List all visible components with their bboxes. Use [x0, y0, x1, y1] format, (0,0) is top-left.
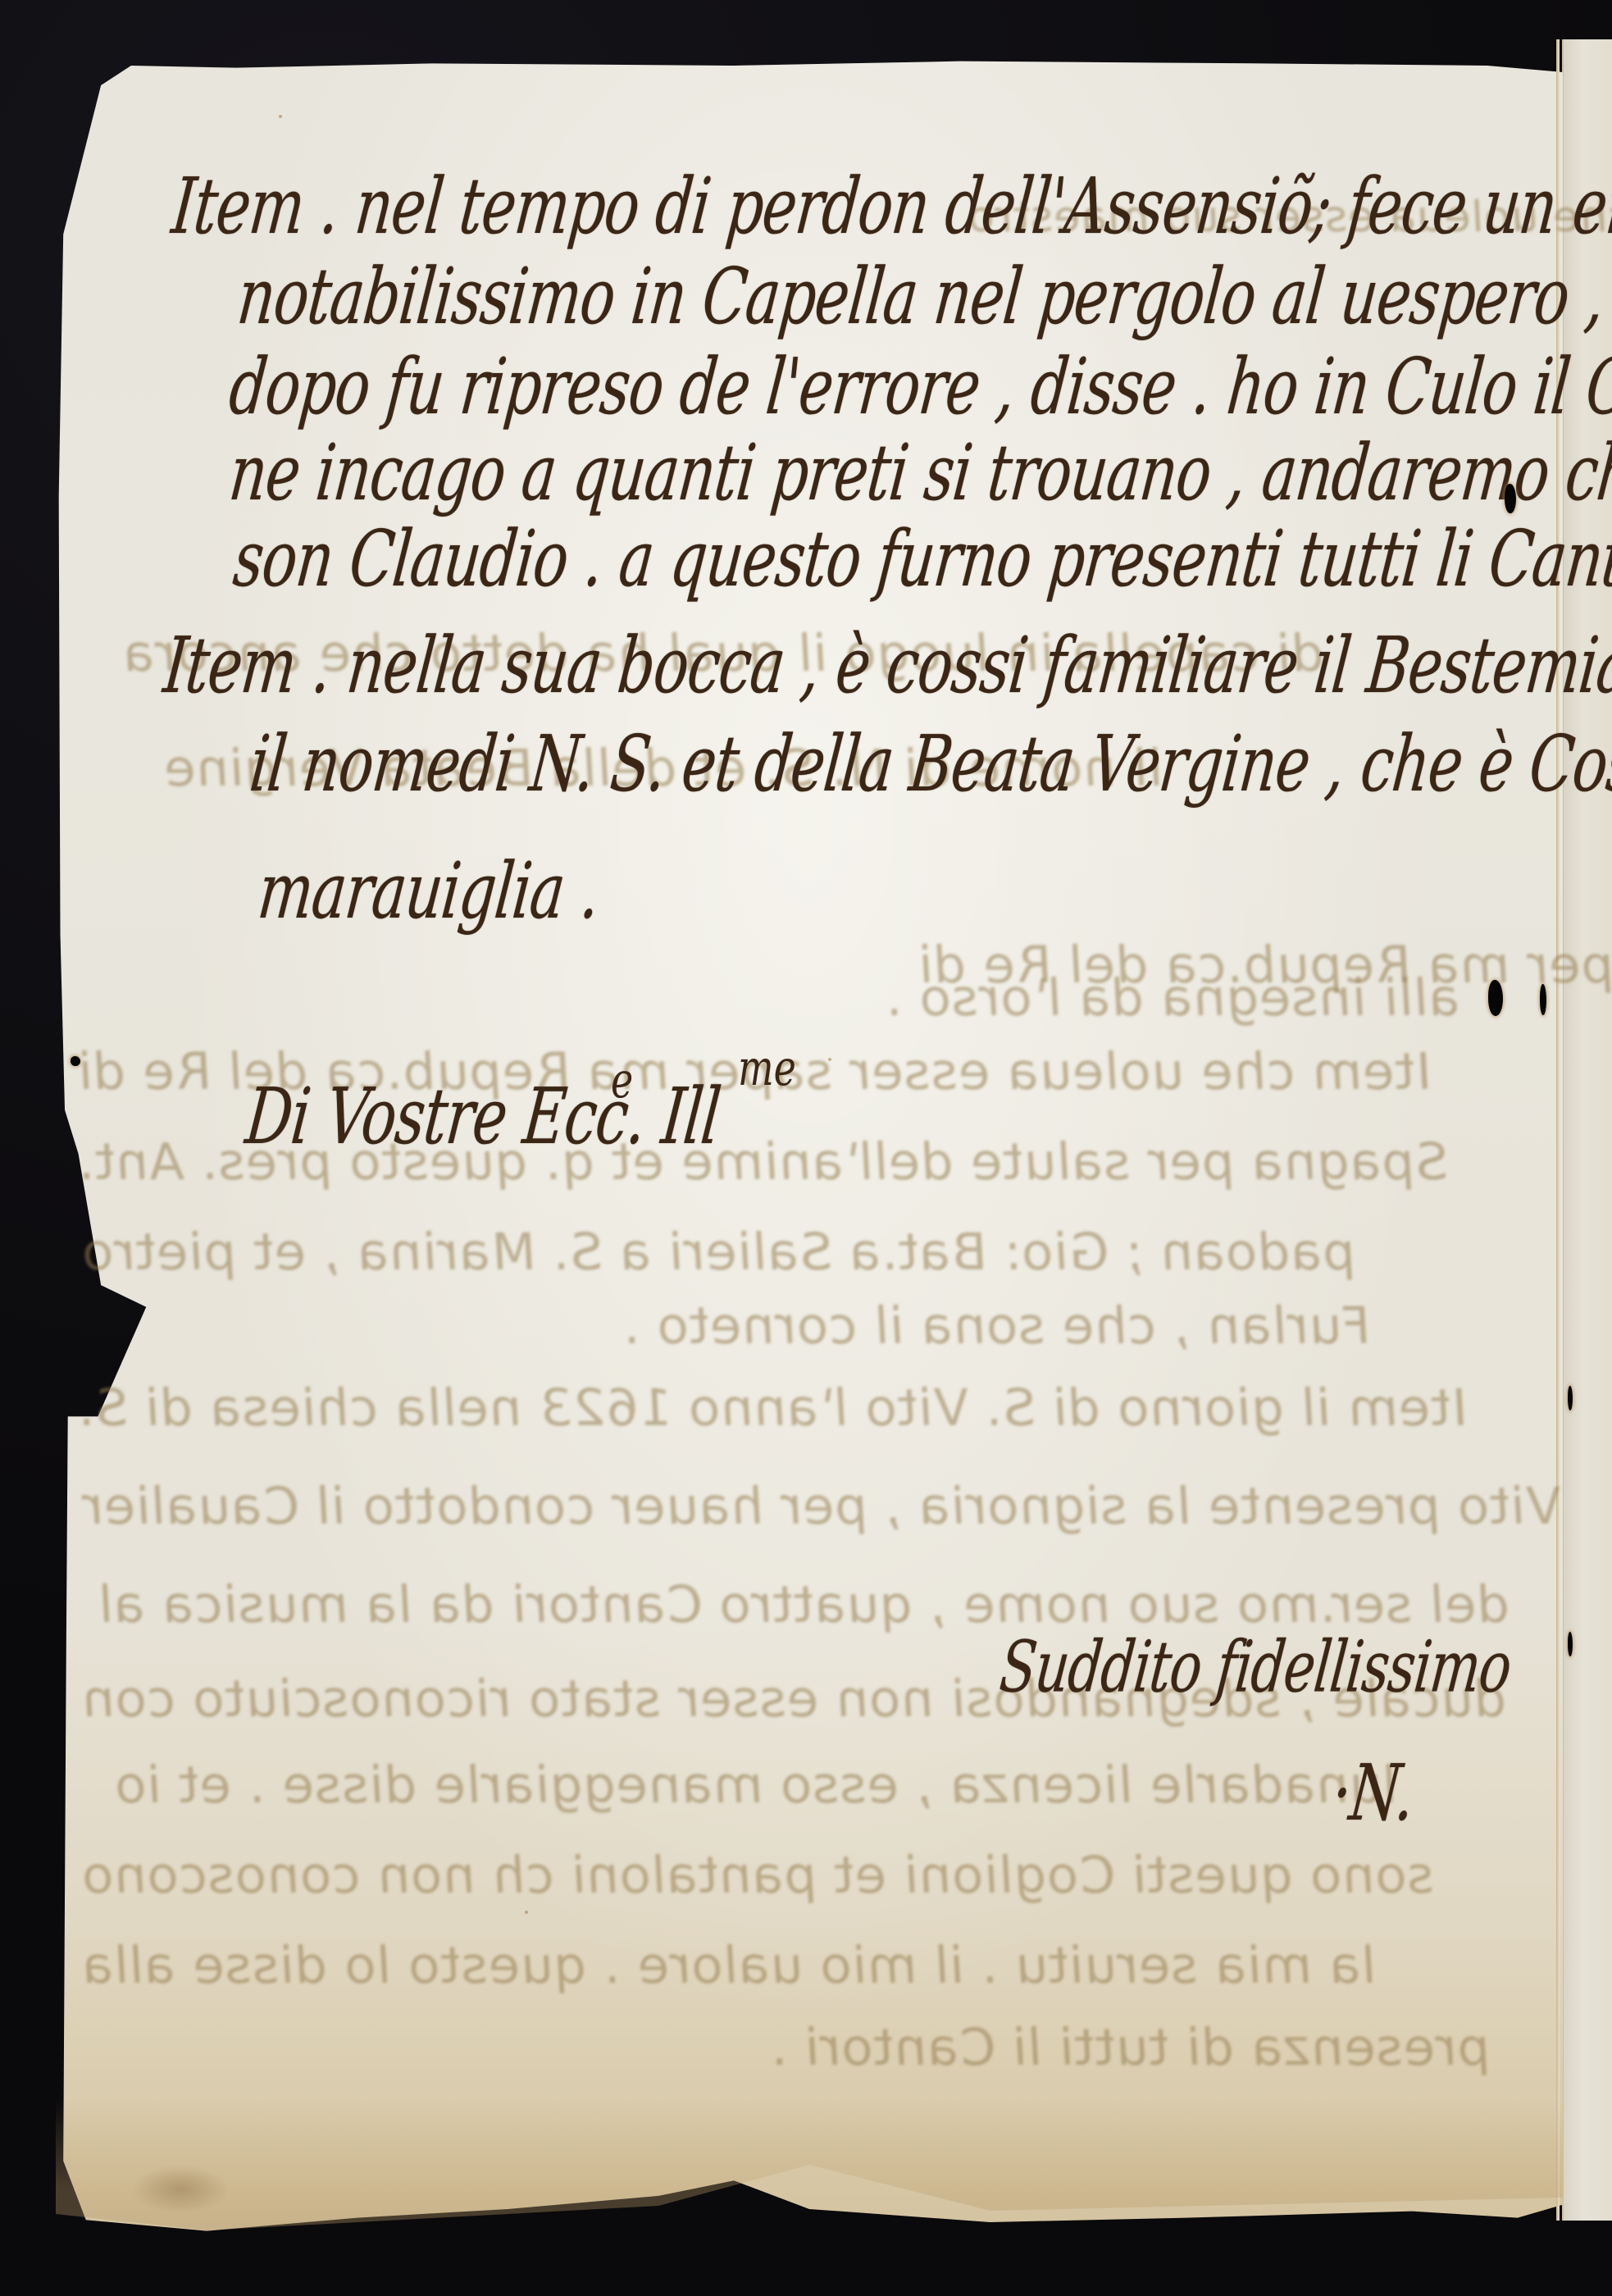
bleed-line: lunadarle licenza , esso maneggiarle dis…	[111, 1755, 1401, 1815]
signature: ·N.	[1328, 1747, 1418, 1838]
text-line-1: Item . nel tempo di perdon dell'Assensiõ…	[168, 161, 1612, 252]
text-line-4: ne incago a quanti preti si trouano , an…	[225, 427, 1612, 518]
paper-hole	[1568, 1386, 1573, 1410]
paper-hole	[71, 1056, 80, 1066]
subscription: Suddito fidellissimo	[996, 1627, 1514, 1709]
bleed-line: presenza di tutti li Cantori .	[767, 2017, 1495, 2077]
bleed-line: Vito presente la signoria , per hauer co…	[78, 1476, 1565, 1536]
bleed-line: padoan ; Gio: Bat.a Salieri a S. Marina …	[78, 1222, 1360, 1282]
bleed-line: sono questi Coglioni et pantaloni ch non…	[78, 1845, 1439, 1905]
text-line-6: Item . nella sua bocca , è cossi familia…	[160, 620, 1612, 711]
bleed-line: Item il giorno di S. Vito l'anno 1623 ne…	[74, 1378, 1472, 1437]
bleed-line: alli insegna da l'orso .	[881, 968, 1464, 1027]
bleed-line: la mia seruitu . il mio ualore . questo …	[78, 1935, 1381, 1995]
text-line-7: il nomedi N. S. et della Beata Vergine ,…	[246, 718, 1612, 809]
salutation: Di Vostre Ecc. Ill	[242, 1071, 724, 1162]
paper-speck	[279, 115, 282, 118]
text-line-5: son Claudio . a questo furno presenti tu…	[230, 513, 1612, 604]
salutation-superscript-me: me	[738, 1039, 796, 1096]
text-line-8: marauiglia .	[254, 845, 603, 936]
text-line-3: dopo fu ripreso de l'errore , disse . ho…	[225, 341, 1612, 432]
paper-speck	[828, 1058, 831, 1061]
paper-hole	[1505, 484, 1516, 513]
bleed-line: Furlan , che sona il corneto .	[619, 1296, 1374, 1355]
corner-stain	[131, 2165, 230, 2214]
paper-speck	[525, 1911, 528, 1914]
paper-hole	[1540, 984, 1546, 1015]
paper-hole	[1488, 980, 1503, 1016]
text-line-2: notabilissimo in Capella nel pergolo al …	[234, 251, 1612, 342]
salutation-superscript-e: e	[611, 1051, 633, 1109]
bleed-line: del ser.mo suo nome , quattro Cantori da…	[94, 1574, 1514, 1634]
paper-hole	[1568, 1632, 1573, 1656]
